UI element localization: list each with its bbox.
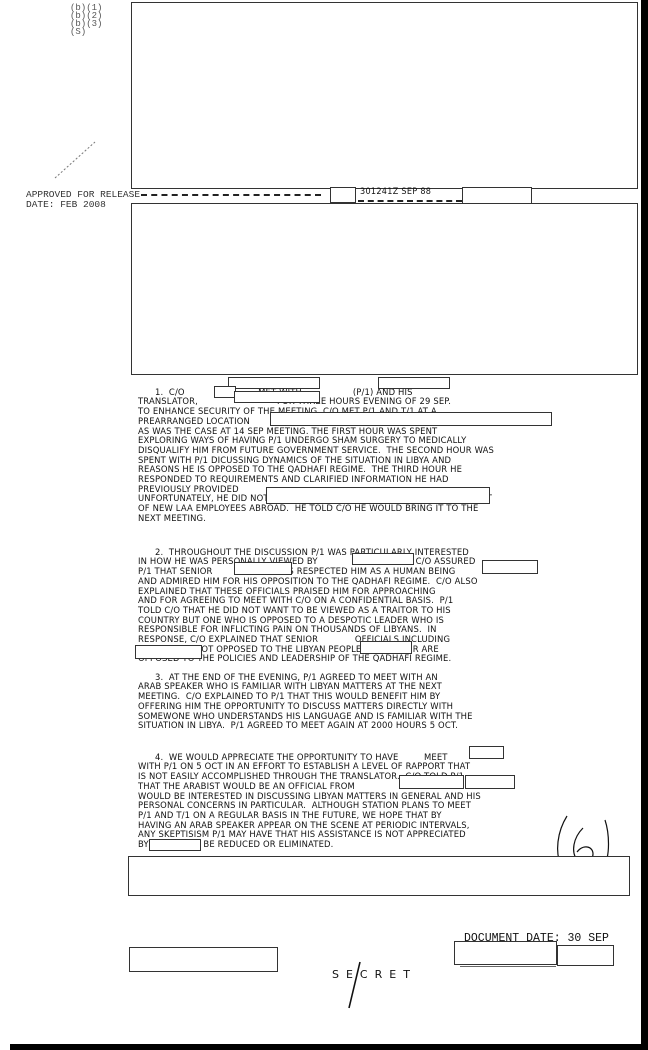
- redaction-inline: [135, 645, 202, 659]
- redaction-date-box: [454, 941, 557, 965]
- classification-marking: SECRET: [332, 968, 417, 981]
- paragraph-3: 3. AT THE END OF THE EVENING, P/1 AGREED…: [138, 664, 557, 742]
- scan-edge-right: [641, 0, 648, 1050]
- redaction-date-box: [557, 945, 614, 966]
- dashed-rule: [141, 194, 321, 196]
- redaction-inline: [378, 377, 450, 389]
- redaction-header-block: [131, 2, 638, 189]
- redaction-small-box: [462, 187, 532, 203]
- dtg-underline: [358, 200, 462, 202]
- strikethrough-slash: [346, 960, 362, 1010]
- text-line: NEXT MEETING.: [138, 515, 557, 525]
- exemption-code: (S): [70, 28, 102, 36]
- paragraph-1: 1. C/O MET WITH (P/1) AND HISTRANSLATOR,…: [138, 379, 557, 534]
- date-time-group: 301241Z SEP 88: [360, 187, 431, 197]
- underline-mark: [460, 966, 556, 967]
- redaction-inline: [465, 775, 515, 789]
- redaction-inline: [469, 746, 504, 759]
- exemption-codes: (b)(1) (b)(2) (b)(3) (S): [70, 4, 102, 36]
- redaction-inline: [149, 839, 201, 851]
- redaction-body-block: [131, 203, 638, 375]
- redaction-footer-box: [129, 947, 278, 972]
- redaction-footer-block: [128, 856, 630, 896]
- redaction-inline: [482, 560, 538, 574]
- redaction-inline: [234, 562, 292, 575]
- redaction-inline: [352, 553, 414, 565]
- redaction-inline: [399, 775, 464, 789]
- redaction-small-box: [330, 187, 356, 203]
- redaction-inline: [214, 386, 236, 398]
- scan-edge-bottom: [10, 1044, 648, 1050]
- redaction-inline: [234, 391, 320, 403]
- redaction-inline: [360, 641, 412, 654]
- text-line: SITUATION IN LIBYA. P/1 AGREED TO MEET A…: [138, 722, 557, 732]
- redaction-inline: [228, 377, 320, 389]
- redaction-inline: [266, 487, 490, 504]
- redaction-inline: [270, 412, 552, 426]
- scan-artifact-mark: [50, 120, 100, 180]
